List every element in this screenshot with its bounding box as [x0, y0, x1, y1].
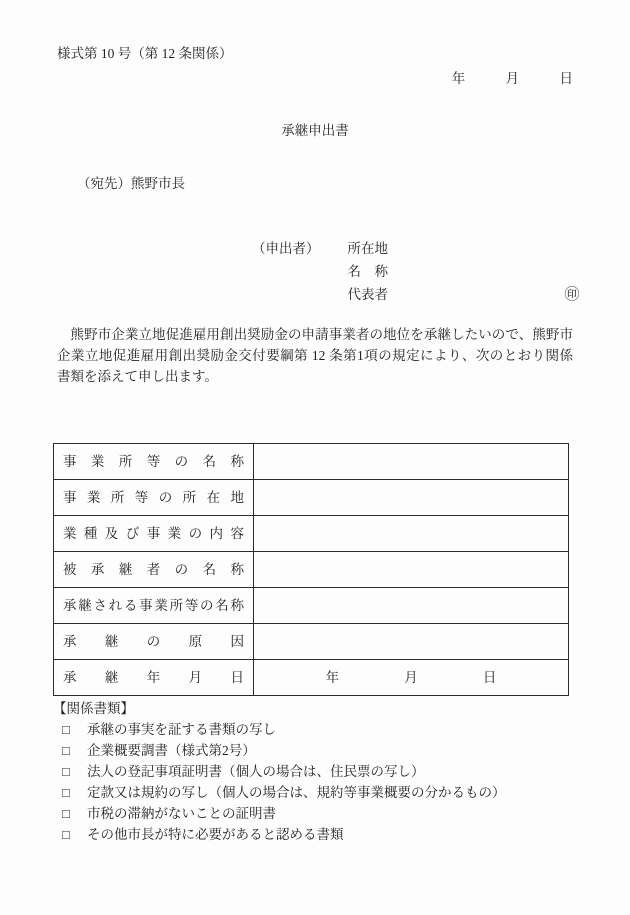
document-item: □ その他市長が特に必要があると認める書類 — [62, 824, 630, 845]
row-label: 事業所等の名称 — [54, 444, 254, 480]
applicant-name-row: 名 称 — [348, 260, 598, 283]
document-item-label: 市税の滞納がないことの証明書 — [87, 803, 276, 824]
row-label: 承継の原因 — [54, 624, 254, 660]
table-row-succeeded-business-name: 承継される事業所等の名称 — [54, 588, 569, 624]
applicant-label: （申出者） — [252, 237, 320, 260]
body-line: 企業立地促進雇用創出奨励金交付要綱第 12 条第1項の規定により、次のとおり関係 — [57, 345, 573, 366]
table-row-predecessor-name: 被承継者の名称 — [54, 552, 569, 588]
row-value — [254, 516, 569, 552]
document-page: 様式第 10 号（第 12 条関係） 年 月 日 承継申出書 （宛先）熊野市長 … — [0, 0, 630, 915]
body-line: 熊野市企業立地促進雇用創出奨励金の申請事業者の地位を承継したいので、熊野市 — [57, 324, 573, 345]
page-title: 承継申出書 — [0, 121, 630, 141]
document-item-label: 法人の登記事項証明書（個人の場合は、住民票の写し） — [87, 761, 425, 782]
addressee: （宛先）熊野市長 — [77, 174, 630, 194]
table-row-succession-date: 承継年月日 年 月 日 — [54, 660, 569, 696]
document-item-label: 承継の事実を証する書類の写し — [87, 719, 276, 740]
checkbox-icon: □ — [62, 782, 75, 803]
checkbox-icon: □ — [62, 761, 75, 782]
succession-year-label: 年 — [326, 668, 340, 688]
checkbox-icon: □ — [62, 803, 75, 824]
row-label: 承継年月日 — [54, 660, 254, 696]
applicant-name-label: 名 称 — [348, 264, 389, 279]
row-value — [254, 480, 569, 516]
applicant-block: （申出者） 所在地 名 称 代表者 ㊞ — [252, 237, 630, 306]
form-number: 様式第 10 号（第 12 条関係） — [57, 0, 630, 64]
row-label: 事業所等の所在地 — [54, 480, 254, 516]
related-documents-heading: 【関係書類】 — [53, 698, 630, 719]
row-value: 年 月 日 — [254, 660, 569, 696]
applicant-address-label: 所在地 — [348, 241, 389, 256]
document-item: □ 承継の事実を証する書類の写し — [62, 719, 630, 740]
date-month-label: 月 — [506, 69, 520, 89]
row-value — [254, 624, 569, 660]
succession-day-label: 日 — [483, 668, 497, 688]
applicant-representative-label: 代表者 — [348, 287, 389, 302]
table-row-succession-cause: 承継の原因 — [54, 624, 569, 660]
document-item-label: 定款又は規約の写し（個人の場合は、規約等事業概要の分かるもの） — [87, 782, 506, 803]
table-row-industry-description: 業種及び事業の内容 — [54, 516, 569, 552]
document-item: □ 市税の滞納がないことの証明書 — [62, 803, 630, 824]
body-paragraph: 熊野市企業立地促進雇用創出奨励金の申請事業者の地位を承継したいので、熊野市 企業… — [57, 324, 573, 387]
date-day-label: 日 — [560, 69, 574, 89]
date-year-label: 年 — [452, 69, 466, 89]
body-line: 書類を添えて申し出ます。 — [57, 366, 573, 387]
document-item: □ 法人の登記事項証明書（個人の場合は、住民票の写し） — [62, 761, 630, 782]
row-label: 業種及び事業の内容 — [54, 516, 254, 552]
row-value — [254, 588, 569, 624]
checkbox-icon: □ — [62, 740, 75, 761]
document-item-label: その他市長が特に必要があると認める書類 — [87, 824, 344, 845]
row-label: 承継される事業所等の名称 — [54, 588, 254, 624]
checkbox-icon: □ — [62, 719, 75, 740]
succession-month-label: 月 — [404, 668, 418, 688]
document-item: □ 企業概要調書（様式第2号） — [62, 740, 630, 761]
row-value — [254, 444, 569, 480]
document-item: □ 定款又は規約の写し（個人の場合は、規約等事業概要の分かるもの） — [62, 782, 630, 803]
checkbox-icon: □ — [62, 824, 75, 845]
related-documents-section: 【関係書類】 □ 承継の事実を証する書類の写し □ 企業概要調書（様式第2号） … — [0, 698, 630, 845]
document-item-label: 企業概要調書（様式第2号） — [87, 740, 256, 761]
row-value — [254, 552, 569, 588]
applicant-representative-row: 代表者 ㊞ — [348, 283, 598, 306]
seal-mark-icon: ㊞ — [565, 284, 580, 307]
succession-date-cell: 年 月 日 — [263, 668, 559, 688]
date-line: 年 月 日 — [0, 69, 573, 89]
applicant-address-row: 所在地 — [348, 237, 598, 260]
applicant-fields: 所在地 名 称 代表者 ㊞ — [348, 237, 598, 306]
form-table: 事業所等の名称 事業所等の所在地 業種及び事業の内容 被承継者の名称 承継される… — [53, 443, 569, 696]
table-row-business-name: 事業所等の名称 — [54, 444, 569, 480]
table-row-business-address: 事業所等の所在地 — [54, 480, 569, 516]
row-label: 被承継者の名称 — [54, 552, 254, 588]
